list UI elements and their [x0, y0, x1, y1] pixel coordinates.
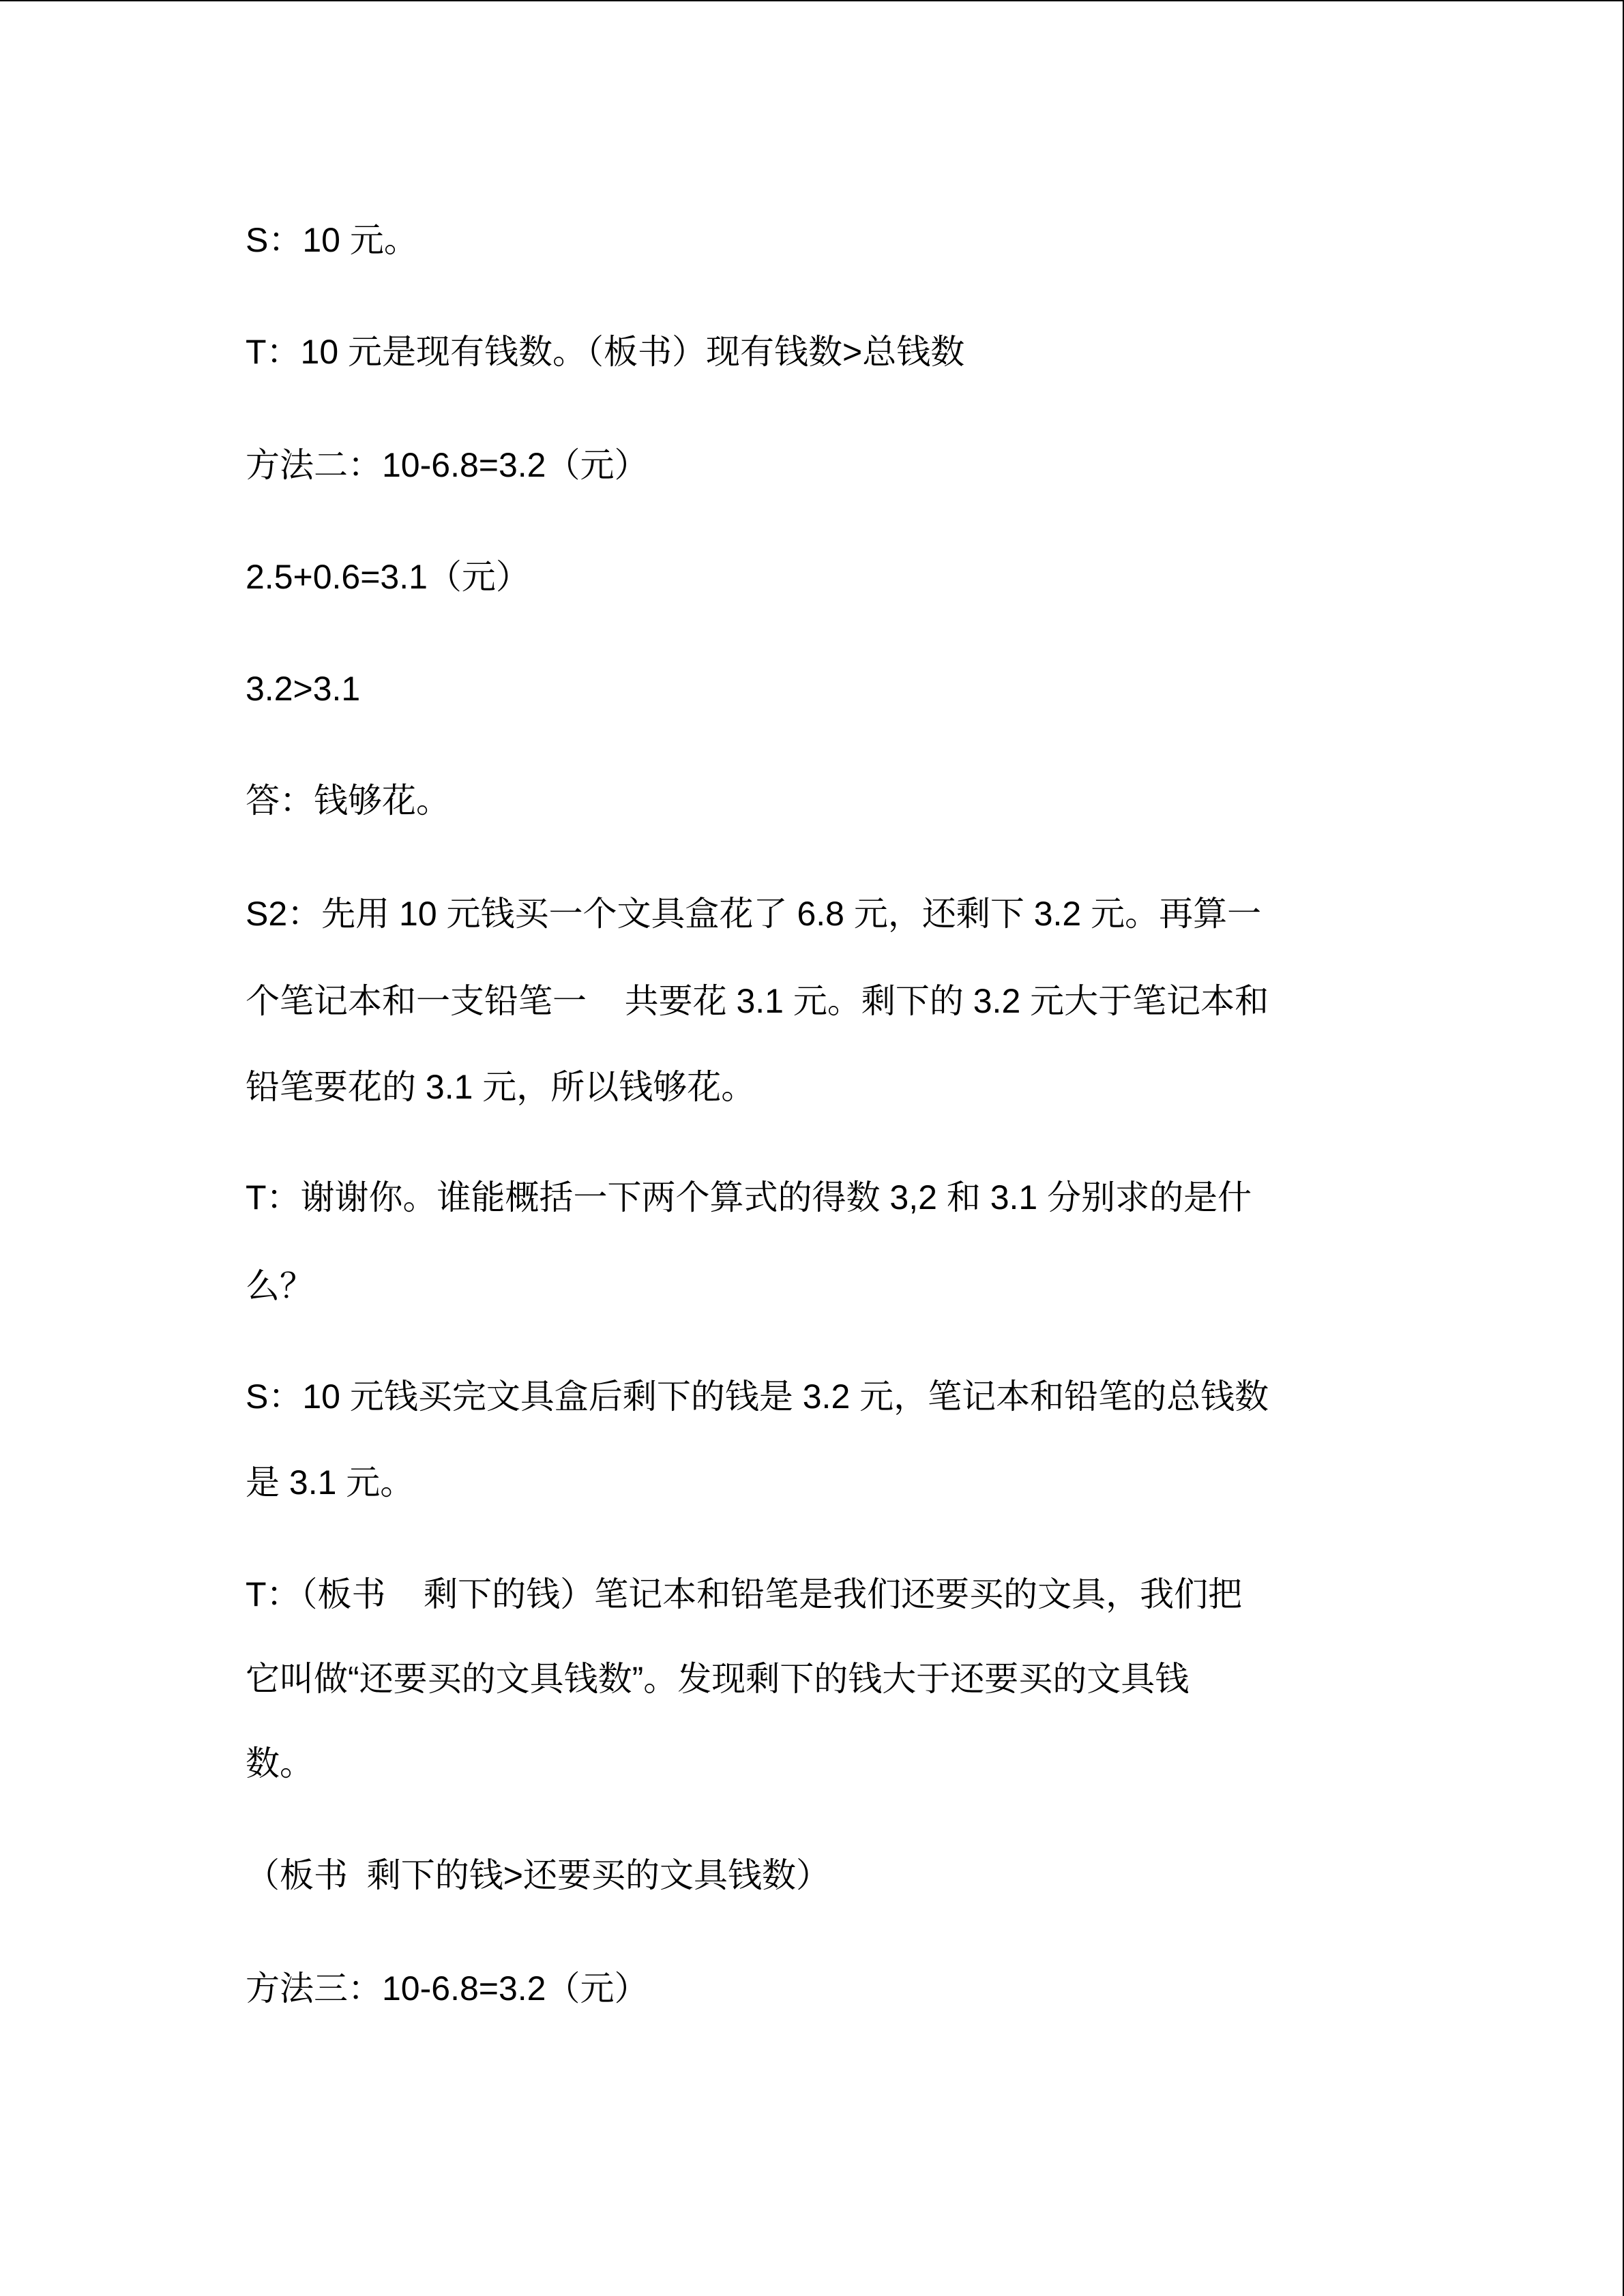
text-line: T：（板书 剩下的钱）笔记本和铅笔是我们还要买的文具，我们把 [246, 1574, 1242, 1615]
text-line: 方法三：10-6.8=3.2（元） [246, 1968, 648, 2009]
text-line: S：10 元。 [246, 220, 418, 260]
text-line: 铅笔要花的 3.1 元，所以钱够花。 [246, 1067, 755, 1107]
text-line: 2.5+0.6=3.1（元） [246, 556, 530, 597]
document-page: S：10 元。 T：10 元是现有钱数。（板书）现有钱数>总钱数 方法二：10-… [0, 0, 1624, 2296]
text-line: 数。 [246, 1743, 314, 1784]
text-line: 3.2>3.1 [246, 668, 360, 709]
text-line: （板书 剩下的钱>还要买的文具钱数） [246, 1855, 830, 1896]
text-line: S：10 元钱买完文具盒后剩下的钱是 3.2 元，笔记本和铅笔的总钱数 [246, 1376, 1269, 1417]
text-line: 方法二：10-6.8=3.2（元） [246, 445, 648, 486]
text-line: 个笔记本和一支铅笔一 共要花 3.1 元。剩下的 3.2 元大于笔记本和 [246, 981, 1269, 1022]
text-line: T：谢谢你。谁能概括一下两个算式的得数 3,2 和 3.1 分别求的是什 [246, 1177, 1252, 1218]
text-line: 它叫做“还要买的文具钱数”。发现剩下的钱大于还要买的文具钱 [246, 1658, 1189, 1699]
text-line: 答：钱够花。 [246, 780, 450, 821]
text-line: T：10 元是现有钱数。（板书）现有钱数>总钱数 [246, 331, 964, 372]
text-line: 是 3.1 元。 [246, 1462, 414, 1503]
text-line: 么？ [246, 1266, 314, 1307]
text-line: S2：先用 10 元钱买一个文具盒花了 6.8 元，还剩下 3.2 元。再算一 [246, 893, 1261, 934]
